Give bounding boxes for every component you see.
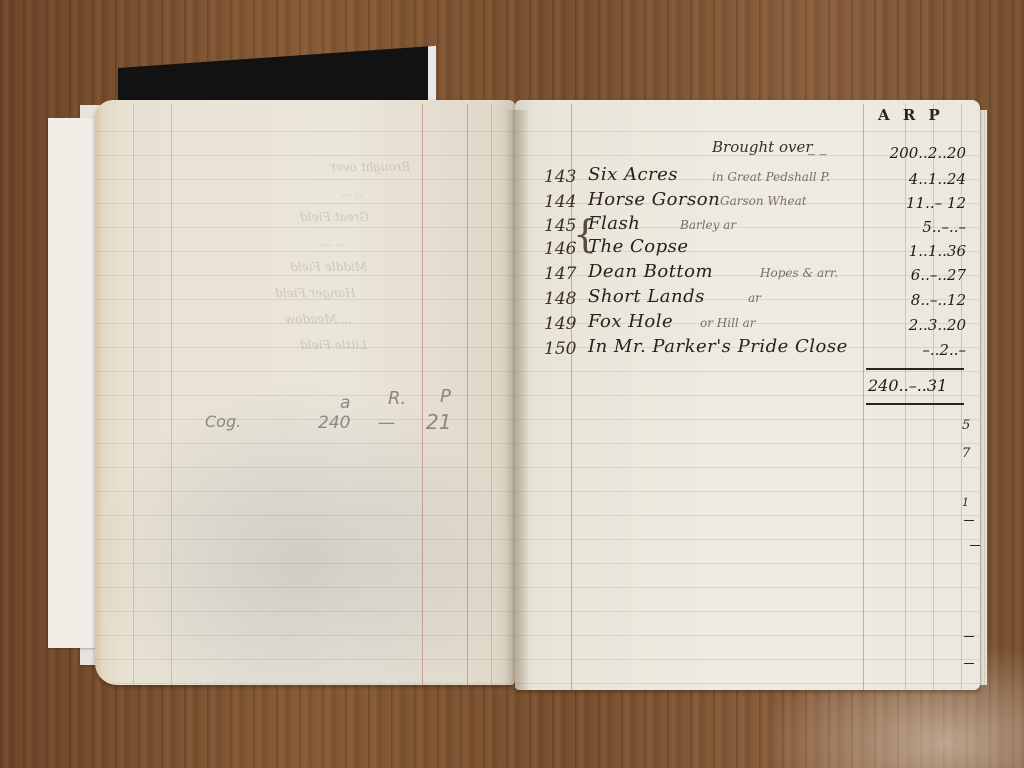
grand-total: 240..–..31 [860, 376, 972, 395]
brought-over-amount: 200..2..20 [870, 144, 966, 162]
entry-note: Garson Wheat [720, 194, 807, 208]
entry-amount: 1..1..36 [870, 242, 966, 260]
bleed-through-text: .. ... [320, 235, 343, 249]
edge-mark: 7 [962, 446, 970, 461]
edge-mark: 5 [962, 418, 970, 433]
left-page [95, 100, 515, 685]
page-ruling [95, 100, 515, 685]
bleed-through-text: .. ... [340, 185, 363, 199]
bleed-through-text: ... Meadow [285, 312, 352, 326]
pencil-label-cog: Cog. [205, 412, 241, 431]
edge-tick [964, 520, 974, 521]
entry-amount: –..2..– [870, 341, 966, 359]
pencil-perches: 21 [426, 410, 451, 434]
bleed-through-text: Hanger Field [275, 286, 355, 300]
entry-amount: 6..–..27 [870, 266, 966, 284]
entry-field-name: Dean Bottom [588, 261, 713, 282]
entry-field-name: Short Lands [588, 286, 705, 307]
entry-number: 145 [544, 216, 576, 236]
entry-note: Barley ar [680, 218, 736, 232]
book-gutter [505, 110, 529, 690]
page-ruling [515, 100, 980, 690]
bleed-through-text: Middle Field [290, 260, 367, 274]
bleed-through-text: Brought over [330, 160, 410, 174]
roods-column-rule [933, 104, 934, 690]
bleed-through-text: Little Field [300, 338, 367, 352]
pencil-roods: — [378, 413, 395, 433]
entry-amount: 8..–..12 [870, 291, 966, 309]
entry-number: 150 [544, 339, 576, 359]
perches-column-rule [961, 104, 962, 690]
column-rule [491, 104, 492, 685]
entry-amount: 2..3..20 [870, 316, 966, 334]
pencil-header-acres: a [340, 393, 350, 413]
acres-column-rule [905, 104, 906, 690]
brought-over-label: Brought over [712, 138, 813, 156]
entry-number: 147 [544, 264, 576, 284]
entry-amount: 5..–..– [870, 218, 966, 236]
pencil-acres: 240 [318, 413, 350, 433]
entry-amount: 11..– 12 [870, 194, 966, 212]
edge-tick [964, 663, 974, 664]
red-column-rule [467, 104, 468, 685]
total-rule-bottom [866, 403, 964, 405]
entry-note: in Great Pedshall P. [712, 170, 830, 184]
edge-tick [970, 545, 980, 546]
entry-note: ar [748, 291, 761, 305]
entry-number: 143 [544, 167, 576, 187]
edge-mark: 1 [962, 496, 969, 509]
pencil-header-perches: P [440, 386, 451, 407]
margin-rule [171, 104, 172, 685]
entry-field-name: Six Acres [588, 164, 678, 185]
entry-number: 149 [544, 314, 576, 334]
total-rule-top [866, 368, 964, 370]
red-column-rule [863, 104, 864, 690]
entry-field-name: Fox Hole [588, 311, 673, 332]
pencil-header-roods: R. [388, 388, 406, 409]
bleed-through-text: Great Field [300, 210, 369, 224]
red-column-rule [422, 104, 423, 685]
column-header-arp: A R P [878, 106, 944, 124]
entry-field-name: The Copse [588, 236, 689, 257]
edge-tick [964, 636, 974, 637]
leader-dashes: _ _ [808, 140, 826, 156]
entry-field-name: Horse Gorson [588, 189, 720, 210]
entry-amount: 4..1..24 [870, 170, 966, 188]
entry-field-name: In Mr. Parker's Pride Close [588, 336, 848, 357]
entry-note: or Hill ar [700, 316, 755, 330]
right-page [515, 100, 980, 690]
entry-number: 146 [544, 239, 576, 259]
entry-number: 144 [544, 192, 576, 212]
entry-note: Hopes & arr. [760, 266, 838, 280]
entry-number: 148 [544, 289, 576, 309]
margin-rule [133, 104, 134, 685]
